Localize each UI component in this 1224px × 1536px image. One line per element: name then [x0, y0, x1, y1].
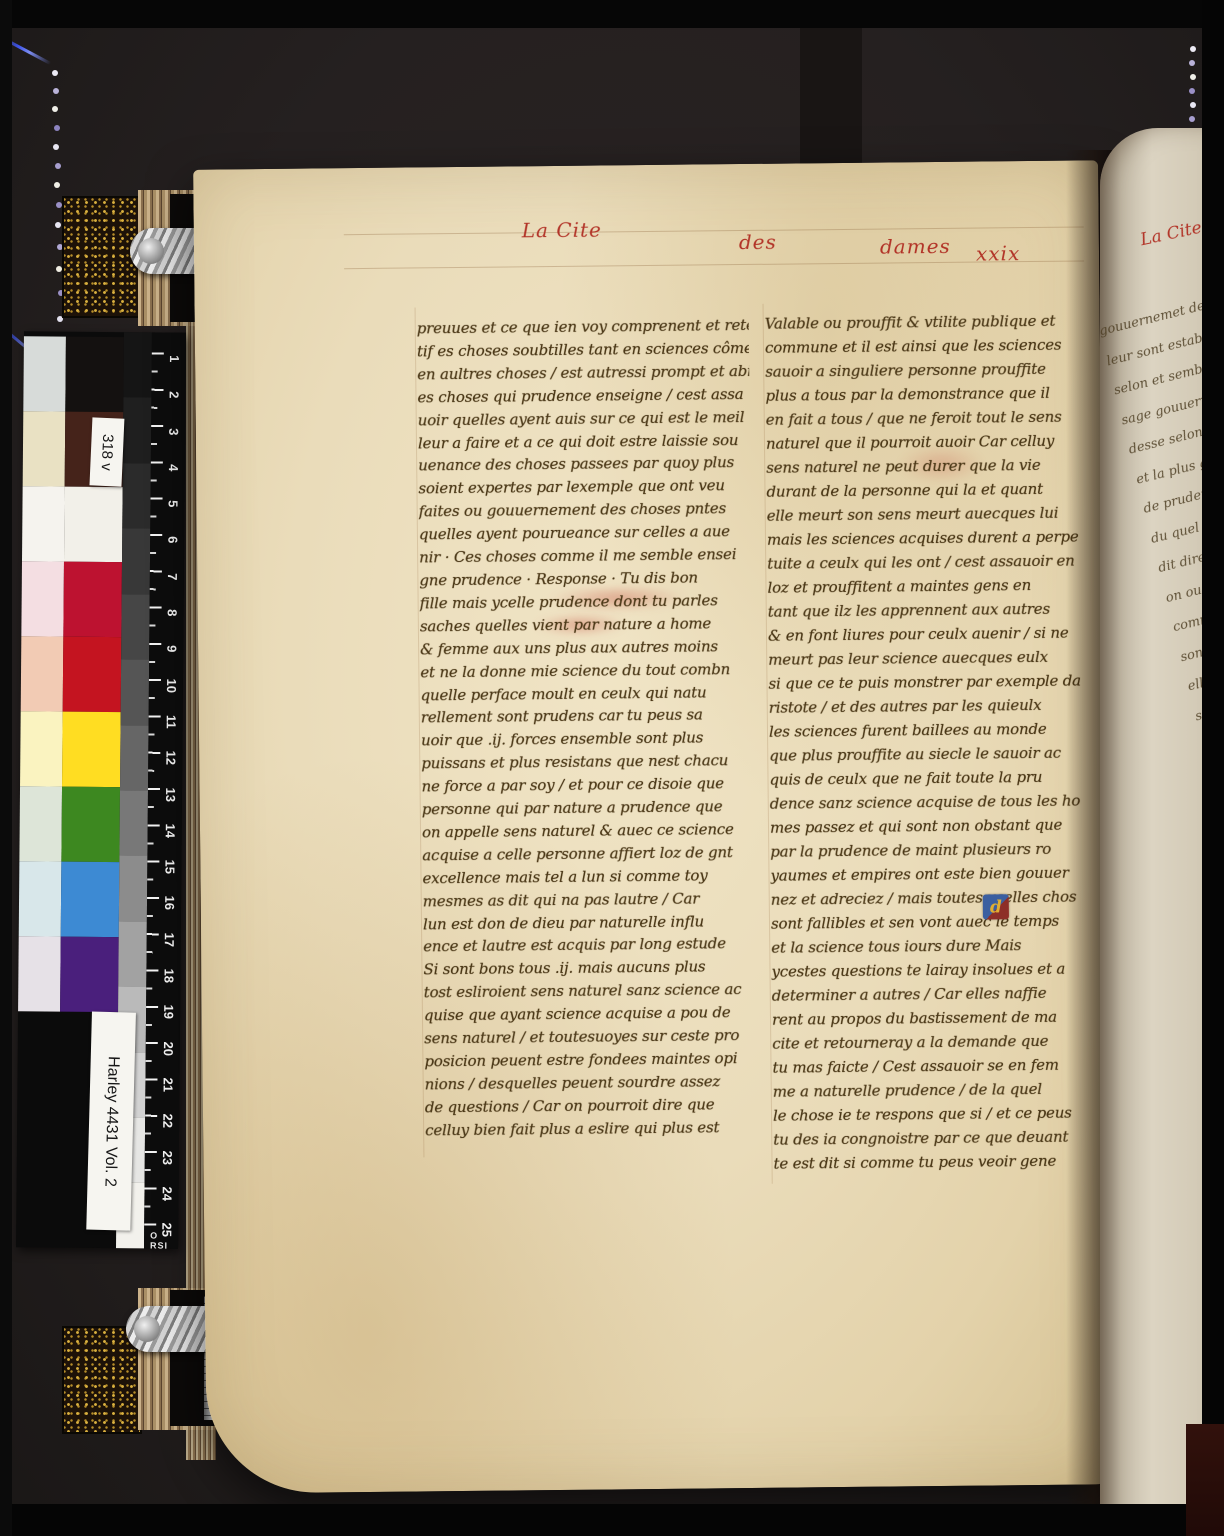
ruler-number: 6 [155, 529, 191, 551]
color-patch-row [21, 561, 122, 637]
frame-bar-left [0, 0, 12, 1536]
color-patch-pale [19, 861, 62, 936]
grayscale-step [118, 921, 147, 987]
manuscript-line: te est dit si comme tu peus veoir gene [773, 1148, 1105, 1175]
color-patch-saturated [64, 487, 123, 563]
ruler-number: 5 [155, 493, 191, 515]
frame-bar-right [1202, 0, 1224, 1536]
manuscript-line: uoir quelles ayent auis sur ce qui est l… [418, 406, 750, 432]
ruler-number: 14 [152, 819, 188, 841]
ruler-number: 15 [152, 856, 188, 878]
color-patch-pale [18, 936, 61, 1011]
manuscript-line: & femme aux uns plus aux autres moins [420, 635, 752, 661]
color-patch-saturated [65, 337, 124, 413]
running-header-dames: dames [880, 234, 951, 259]
running-header-title: La Cite [522, 217, 602, 242]
ruler-number: 13 [153, 783, 189, 805]
manuscript-line: rent au propos du bastissement de ma [772, 1004, 1104, 1031]
color-patch-saturated [61, 862, 120, 938]
manuscript-line: ence et lautre est acquis par long estud… [423, 932, 755, 958]
color-patch-pale [23, 336, 66, 411]
color-patch-row [21, 636, 122, 712]
color-patch-pale [19, 786, 62, 861]
ruler-number: 4 [156, 457, 192, 479]
running-header-des: des [739, 230, 777, 254]
manuscript-line: loz et prouffitent a maintes gens en [767, 572, 1099, 599]
ruler-number: 20 [151, 1037, 187, 1059]
ruler-number: 12 [153, 747, 189, 769]
ruler-number: 9 [154, 638, 190, 660]
manuscript-line: plus a tous par la demonstrance que il [765, 380, 1097, 407]
color-patch-row [18, 936, 119, 1012]
ruled-header-line [344, 226, 1084, 235]
manuscript-line: en fait a tous / que ne feroit tout le s… [766, 404, 1098, 431]
ruler-strip: 1234567891011121314151617181920212223242… [144, 332, 186, 1248]
manuscript-line: lun est don de dieu par naturelle influ [423, 909, 755, 935]
manuscript-line: en aultres choses / est autressi prompt … [417, 360, 749, 386]
ruler-number: 22 [150, 1110, 186, 1132]
ruler-number: 18 [151, 965, 187, 987]
manuscript-page-right-edge: La Cite gouuernemet delle etleur sont es… [1100, 128, 1204, 1536]
manuscript-line: naturel que il pourroit auoir Car celluy [766, 428, 1098, 455]
manuscript-line: ristote / et des autres par les quieulx [769, 692, 1101, 719]
ruler-number: 17 [151, 928, 187, 950]
color-patch-pale [20, 711, 63, 786]
text-column-2: Valable ou prouffit & vtilite publique e… [765, 308, 1106, 1183]
manuscript-line: tu des ia congnoistre par ce que deuant [773, 1124, 1105, 1151]
manuscript-line: sont fallibles et sen vont auec le temps [771, 908, 1103, 935]
manuscript-line: par la prudence de maint plusieurs ro [770, 836, 1102, 863]
ruler-number: 21 [150, 1074, 186, 1096]
grayscale-step [120, 725, 149, 791]
color-patch-row [23, 336, 124, 412]
color-patch-row [19, 861, 120, 937]
color-patch-row [20, 711, 121, 787]
color-patch-saturated [60, 937, 119, 1013]
manuscript-line: et ne la donne mie science du tout combn [420, 658, 752, 684]
manuscript-line: mais les sciences acquises durent a perp… [767, 524, 1099, 551]
manuscript-line: quelle perface moult en ceulx qui natu [420, 680, 752, 706]
color-patch-pale [22, 486, 65, 561]
right-page-text-fragments: gouuernemet delle etleur sont establis e… [1100, 245, 1204, 1176]
manuscript-line: celluy bien fait plus a eslire qui plus … [425, 1116, 757, 1142]
manuscript-line: Valable ou prouffit & vtilite publique e… [765, 308, 1097, 335]
color-patch-saturated [63, 562, 122, 638]
color-patch-pale [21, 561, 64, 636]
manuscript-line: quis de ceulx que ne fait toute la pru [769, 764, 1101, 791]
ruler-number: 2 [156, 384, 192, 406]
manuscript-line: le chose ie te respons que si / et ce pe… [773, 1100, 1105, 1127]
bead-chain-right [1190, 46, 1196, 52]
photograph-of-manuscript: 1234567891011121314151617181920212223242… [0, 0, 1224, 1536]
shelfmark-label: Harley 4431 Vol. 2 [86, 1012, 136, 1231]
grayscale-step [122, 528, 151, 594]
book-cover-corner [1186, 1424, 1224, 1536]
manuscript-line: mes passez et qui sont non obstant que [770, 812, 1102, 839]
manuscript-line: & en font liures pour ceulx auenir / si … [768, 620, 1100, 647]
manuscript-line: meurt pas leur science auecques eulx [768, 644, 1100, 671]
color-calibration-bar: 1234567891011121314151617181920212223242… [16, 331, 186, 1248]
manuscript-line: nez et adreciez / mais toutes ycelles ch… [771, 884, 1103, 911]
grayscale-step [123, 398, 152, 464]
felt-fold [800, 28, 862, 168]
manuscript-line: tant que ilz les apprennent aux autres [768, 596, 1100, 623]
manuscript-line: rellement sont prudens car tu peus sa [421, 703, 753, 729]
frame-bar-bottom [0, 1504, 1224, 1536]
manuscript-line: quise que ayant science acquise a pou de [424, 1001, 756, 1027]
manuscript-line: sens naturel ne peut durer que la vie [766, 452, 1098, 479]
manuscript-line: durant de la personne qui la et quant [766, 476, 1098, 503]
ruler-number: 10 [154, 674, 190, 696]
manuscript-line: determiner a autres / Car elles naffie [772, 980, 1104, 1007]
ruler-number: 16 [152, 892, 188, 914]
ruler-footer-text: O RSI [150, 1230, 178, 1250]
ruled-header-line [344, 260, 1084, 269]
manuscript-line: sauoir a singuliere personne prouffite [765, 356, 1097, 383]
illuminated-paraph: d [983, 894, 1009, 919]
grayscale-step [119, 856, 148, 922]
ruler-number: 3 [156, 420, 192, 442]
manuscript-line: ycestes questions te lairay insolues et … [771, 956, 1103, 983]
color-patch-saturated [62, 712, 121, 788]
manuscript-line: elle meurt son sens meurt auecques lui [767, 500, 1099, 527]
manuscript-line: dence sanz science acquise de tous les h… [770, 788, 1102, 815]
ruler-number: 11 [153, 711, 189, 733]
ruler-number: 23 [150, 1146, 186, 1168]
ruler-number: 19 [151, 1001, 187, 1023]
manuscript-line: tif es choses soubtilles tant en science… [417, 337, 749, 363]
manuscript-line: tost esliroient sens naturel sanz scienc… [424, 978, 756, 1004]
folio-number-label: 318 v [89, 417, 124, 486]
ruler-number: 7 [155, 565, 191, 587]
manuscript-page-left: La Cite des dames xxix preuues et ce que… [193, 160, 1112, 1493]
running-header-page-number: xxix [976, 241, 1020, 265]
grayscale-step [121, 594, 150, 660]
manuscript-line: fille mais ycelle prudence dont tu parle… [420, 589, 752, 615]
color-patch-row [19, 786, 120, 862]
manuscript-line: que plus prouffite au siecle le sauoir a… [769, 740, 1101, 767]
ruler-number: 8 [154, 602, 190, 624]
color-patch-saturated [63, 637, 122, 713]
manuscript-line: tu mas faicte / Cest assauoir se en fem [772, 1052, 1104, 1079]
grayscale-step [123, 332, 152, 398]
color-patch-pale [23, 411, 66, 486]
manuscript-line: es choses qui prudence enseigne / cest a… [417, 383, 749, 409]
manuscript-line: mesmes as dit qui na pas lautre / Car [423, 887, 755, 913]
color-patch-row [22, 486, 123, 562]
manuscript-line: cite et retourneray a la demande que [772, 1028, 1104, 1055]
bead-chain-left [52, 70, 58, 76]
manuscript-line: si que ce te puis monstrer par exemple d… [768, 668, 1100, 695]
manuscript-line: preuues et ce que ien voy comprenent et … [417, 314, 749, 340]
ruler-number: 1 [157, 348, 193, 370]
manuscript-line: les sciences furent baillees au monde [769, 716, 1101, 743]
ruler-number: 24 [149, 1182, 185, 1204]
grayscale-step [119, 790, 148, 856]
ruler-numbers: 1234567891011121314151617181920212223242… [156, 341, 186, 1249]
right-page-running-header: La Cite [1139, 218, 1204, 250]
grayscale-step [121, 659, 150, 725]
color-patch-pale [21, 636, 64, 711]
text-column-1: preuues et ce que ien voy comprenent et … [417, 314, 758, 1147]
manuscript-line: commune et il est ainsi que les sciences [765, 332, 1097, 359]
manuscript-line: tuite a ceulx qui les ont / cest assauoi… [767, 548, 1099, 575]
grayscale-step [122, 463, 151, 529]
color-patch-saturated [61, 787, 120, 863]
manuscript-line: Si sont bons tous .ij. mais aucuns plus [423, 955, 755, 981]
manuscript-line: me a naturelle prudence / de la quel [773, 1076, 1105, 1103]
manuscript-line: saches quelles vient par nature a home [420, 612, 752, 638]
manuscript-line: leur a faire et a ce qui doit estre lais… [418, 428, 750, 454]
manuscript-line: yaumes et empires ont este bien gouuer [770, 860, 1102, 887]
frame-bar-top [0, 0, 1224, 28]
manuscript-line: et la science tous iours dure Mais [771, 932, 1103, 959]
